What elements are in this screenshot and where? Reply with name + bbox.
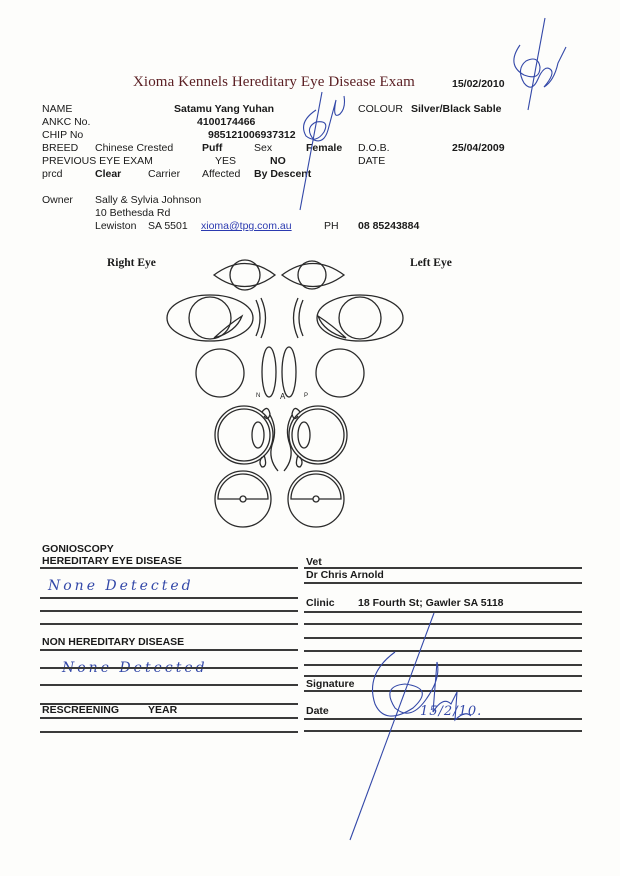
signatures [0, 0, 620, 876]
middle-signature-icon [300, 92, 345, 210]
vet-signature-icon [350, 613, 471, 840]
top-signature-icon [514, 18, 566, 110]
